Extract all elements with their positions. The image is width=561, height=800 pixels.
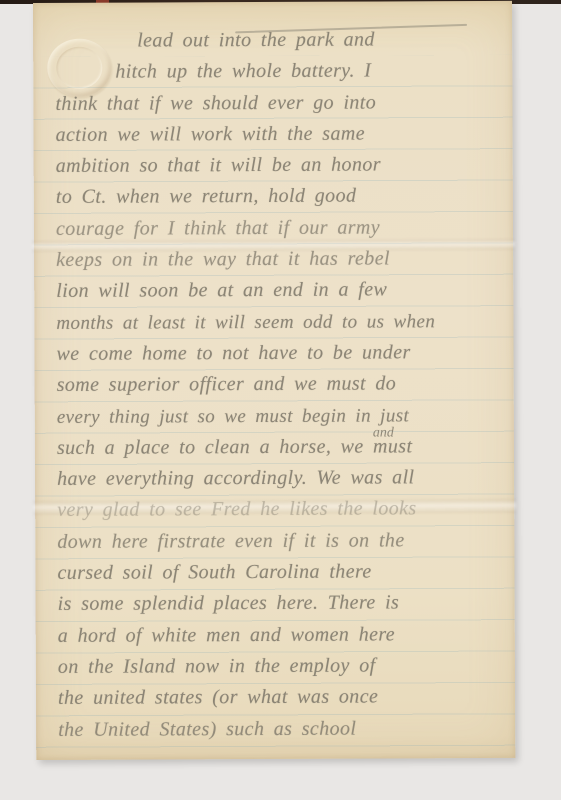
letter-line: have everything accordingly. We was all bbox=[57, 462, 510, 495]
letter-paper: lead out into the park and hitch up the … bbox=[33, 1, 515, 760]
letter-line: a hord of white men and women here bbox=[58, 619, 511, 652]
letter-line: courage for I think that if our army bbox=[56, 212, 509, 245]
letter-line: is some splendid places here. There is bbox=[58, 587, 511, 620]
scanned-letter-page: lead out into the park and hitch up the … bbox=[0, 0, 561, 800]
handwritten-text-block: lead out into the park and hitch up the … bbox=[55, 24, 511, 746]
letter-line: the united states (or what was once bbox=[58, 681, 511, 714]
letter-line: on the Island now in the employ of bbox=[58, 650, 511, 683]
letter-line: every thing just so we must begin in jus… bbox=[57, 399, 510, 432]
letter-line: hitch up the whole battery. I bbox=[55, 55, 508, 88]
letter-line: months at least it will seem odd to us w… bbox=[56, 306, 509, 339]
letter-line: to Ct. when we return, hold good bbox=[56, 180, 509, 213]
inserted-word-above-line: and bbox=[373, 425, 394, 441]
letter-line: such a place to clean a horse, we must bbox=[57, 431, 510, 464]
letter-line: very glad to see Fred he likes the looks bbox=[57, 493, 510, 526]
letter-line: we come home to not have to be under bbox=[56, 337, 509, 370]
letter-line: lion will soon be at an end in a few bbox=[56, 274, 509, 307]
letter-line: lead out into the park and bbox=[55, 24, 508, 57]
letter-line: keeps on in the way that it has rebel bbox=[56, 243, 509, 276]
letter-line: some superior officer and we must do bbox=[57, 368, 510, 401]
letter-line: down here firstrate even if it is on the bbox=[57, 525, 510, 558]
letter-line: think that if we should ever go into bbox=[55, 87, 508, 120]
letter-line: cursed soil of South Carolina there bbox=[57, 556, 510, 589]
letter-line: the United States) such as school bbox=[58, 712, 511, 745]
letter-line: action we will work with the same bbox=[56, 118, 509, 151]
letter-line: ambition so that it will be an honor bbox=[56, 149, 509, 182]
